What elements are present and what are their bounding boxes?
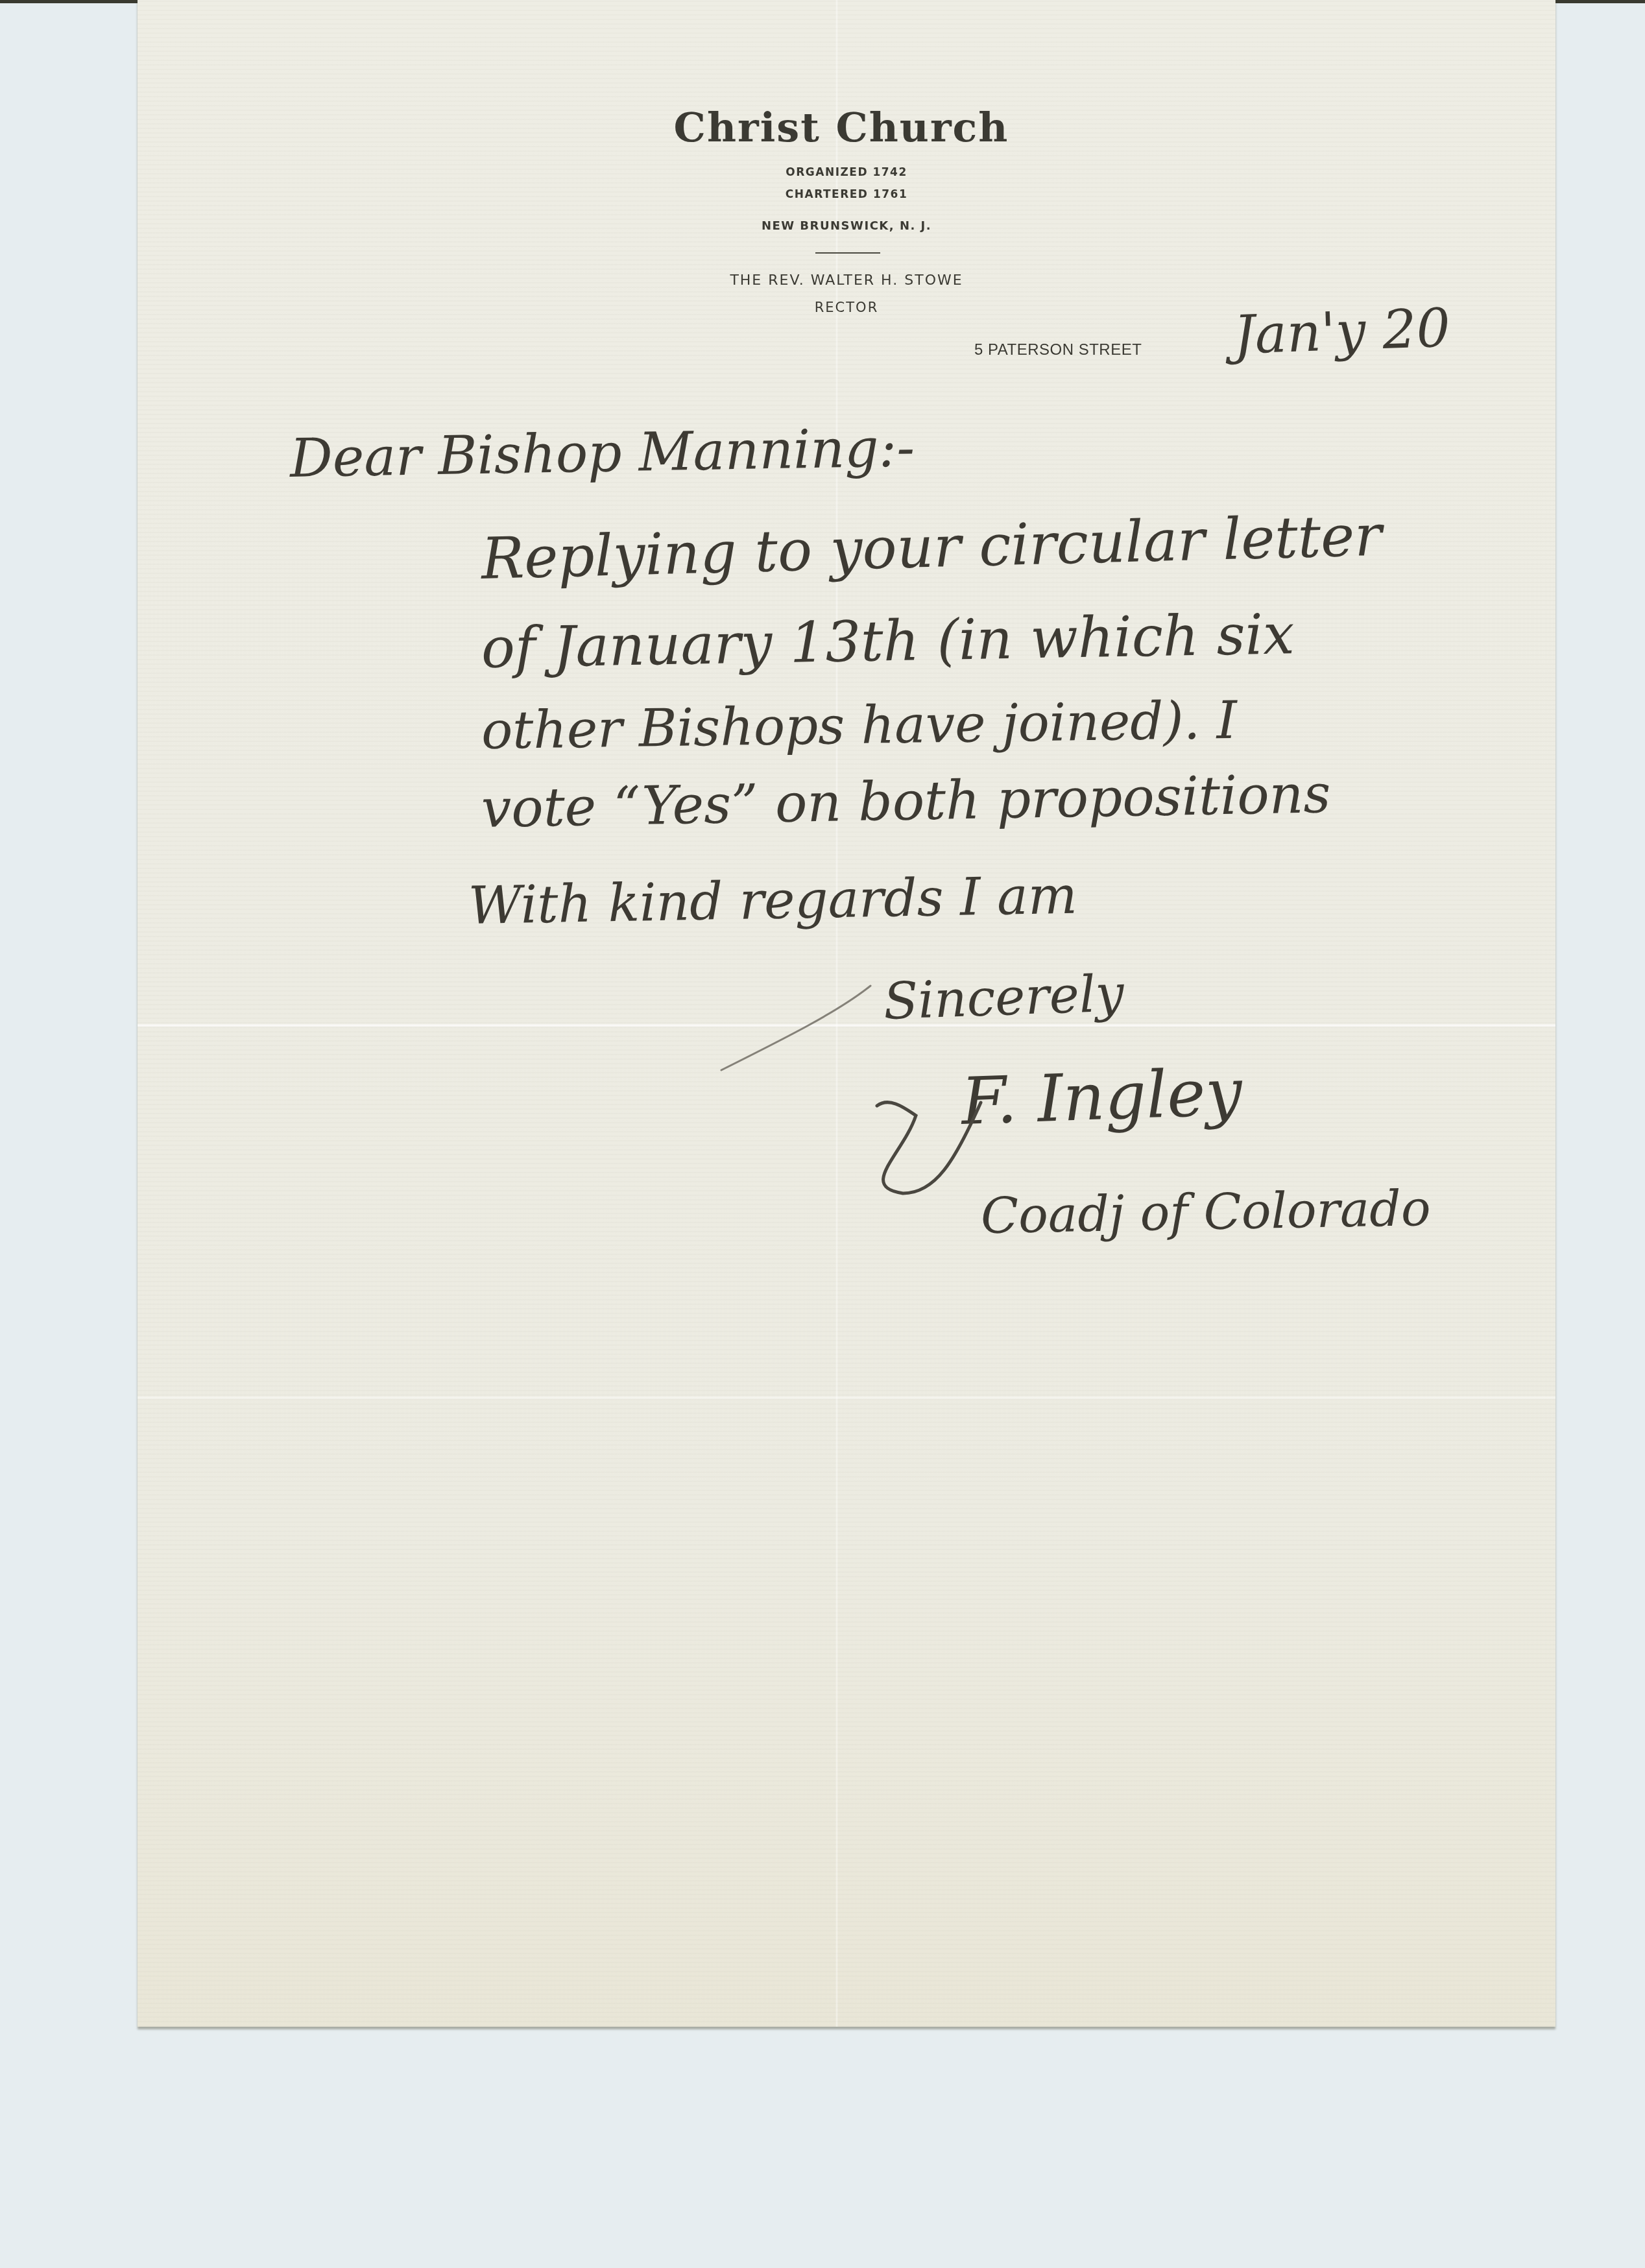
- scanner-edge-left: [0, 0, 138, 3]
- signature-flourish-icon: [138, 0, 1555, 2027]
- scanner-edge-right: [1555, 0, 1645, 3]
- signature-title: Coadj of Colorado: [980, 1179, 1431, 1245]
- letter-page: Christ Church ORGANIZED 1742 CHARTERED 1…: [138, 0, 1555, 2027]
